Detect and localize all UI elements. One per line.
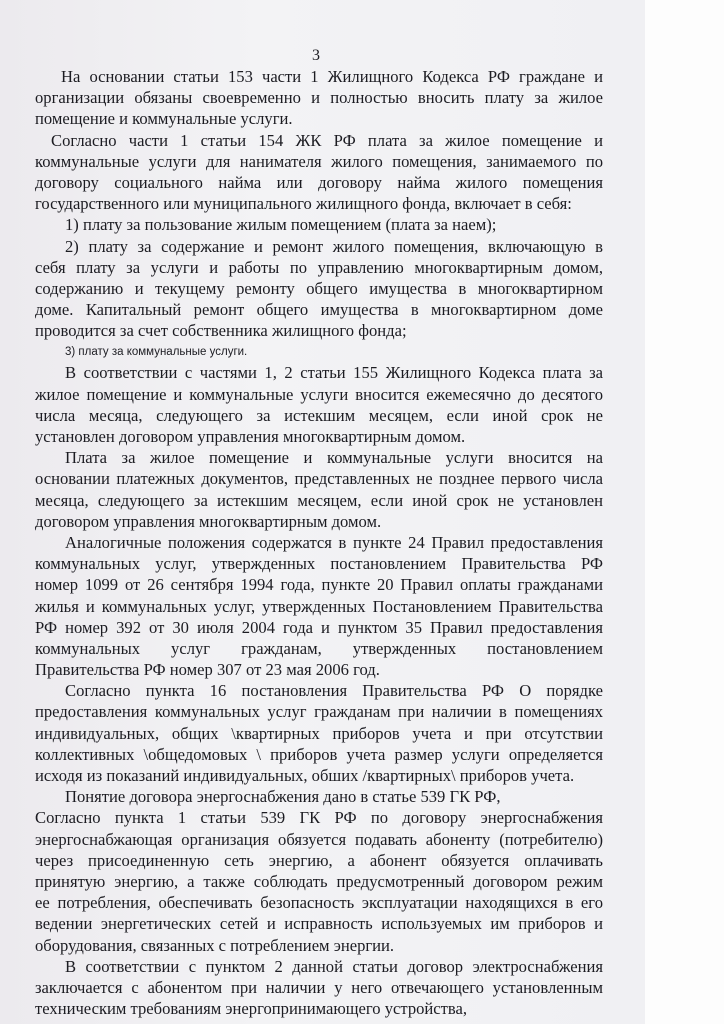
scanner-margin xyxy=(645,0,724,1024)
text-line: оборудования, связанных с потреблением э… xyxy=(35,935,603,956)
text-line: заключается с абонентом при наличии у не… xyxy=(35,977,603,998)
paragraph: Аналогичные положения содержатся в пункт… xyxy=(35,532,603,680)
paragraph: Согласно пункта 16 постановления Правите… xyxy=(35,680,603,786)
page-number: 3 xyxy=(312,47,320,65)
text-line: через присоединенную сеть энергию, а або… xyxy=(35,850,603,871)
paragraph: 2) плату за содержание и ремонт жилого п… xyxy=(35,236,603,342)
paragraph: В соответствии с частями 1, 2 статьи 155… xyxy=(35,362,603,447)
text-line: коммунальных услуг гражданам, утвержденн… xyxy=(35,638,603,659)
text-line: коммунальных услуг, утвержденных постано… xyxy=(35,553,603,574)
text-line: договором управления многоквартирным дом… xyxy=(35,511,603,532)
text-line: 3) плату за коммунальные услуги. xyxy=(35,341,603,362)
text-line: предоставления коммунальных услуг гражда… xyxy=(35,701,603,722)
paragraph: Согласно части 1 статьи 154 ЖК РФ плата … xyxy=(35,130,603,215)
text-line: На основании статьи 153 части 1 Жилищног… xyxy=(35,66,603,87)
text-line: 1) плату за пользование жилым помещением… xyxy=(35,214,603,235)
text-line: помещение и коммунальные услуги. xyxy=(35,108,603,129)
text-line: жилое помещение и коммунальные услуги вн… xyxy=(35,384,603,405)
text-line: организации обязаны своевременно и полно… xyxy=(35,87,603,108)
text-line: Правительства РФ номер 307 от 23 мая 200… xyxy=(35,659,603,680)
text-line: содержанию и текущему ремонту общего иму… xyxy=(35,278,603,299)
paragraph: 3) плату за коммунальные услуги. xyxy=(35,341,603,362)
text-line: Согласно части 1 статьи 154 ЖК РФ плата … xyxy=(35,130,603,151)
text-line: коммунальные услуги для нанимателя жилог… xyxy=(35,151,603,172)
text-line: установлен договором управления многоква… xyxy=(35,426,603,447)
paragraph: Согласно пункта 1 статьи 539 ГК РФ по до… xyxy=(35,807,603,955)
text-line: Плата за жилое помещение и коммунальные … xyxy=(35,447,603,468)
text-line: Согласно пункта 1 статьи 539 ГК РФ по до… xyxy=(35,807,603,828)
document-body: На основании статьи 153 части 1 Жилищног… xyxy=(35,66,603,1019)
text-line: доме. Капитальный ремонт общего имуществ… xyxy=(35,299,603,320)
text-line: проводится за счет собственника жилищног… xyxy=(35,320,603,341)
text-line: Согласно пункта 16 постановления Правите… xyxy=(35,680,603,701)
text-line: ведении энергетических сетей и исправнос… xyxy=(35,913,603,934)
text-line: государственного или муниципального жили… xyxy=(35,193,603,214)
paragraph: В соответствии с пунктом 2 данной статьи… xyxy=(35,956,603,1020)
text-line: индивидуальных, общих \квартирных прибор… xyxy=(35,723,603,744)
text-line: числа месяца, следующего за истекшим мес… xyxy=(35,405,603,426)
text-line: РФ номер 392 от 30 июля 2004 года и пунк… xyxy=(35,617,603,638)
text-line: техническим требованиям энергопринимающе… xyxy=(35,998,603,1019)
paragraph: Плата за жилое помещение и коммунальные … xyxy=(35,447,603,532)
text-line: Аналогичные положения содержатся в пункт… xyxy=(35,532,603,553)
text-line: исходя из показаний индивидуальных, обши… xyxy=(35,765,603,786)
text-line: договору социального найма или договору … xyxy=(35,172,603,193)
text-line: 2) плату за содержание и ремонт жилого п… xyxy=(35,236,603,257)
text-line: принятую энергию, а также соблюдать пред… xyxy=(35,871,603,892)
paragraph: Понятие договора энергоснабжения дано в … xyxy=(35,786,603,807)
text-line: себя плату за услуги и работы по управле… xyxy=(35,257,603,278)
text-line: основании платежных документов, представ… xyxy=(35,468,603,489)
text-line: жилья и коммунальных услуг, утвержденных… xyxy=(35,596,603,617)
text-line: ее потребления, обеспечивать безопасност… xyxy=(35,892,603,913)
text-line: энергоснабжающая организация обязуется п… xyxy=(35,829,603,850)
paragraph: На основании статьи 153 части 1 Жилищног… xyxy=(35,66,603,130)
text-line: номер 1099 от 26 сентября 1994 года, пун… xyxy=(35,574,603,595)
text-line: В соответствии с частями 1, 2 статьи 155… xyxy=(35,362,603,383)
text-line: В соответствии с пунктом 2 данной статьи… xyxy=(35,956,603,977)
paragraph: 1) плату за пользование жилым помещением… xyxy=(35,214,603,235)
text-line: коллективных \общедомовых \ приборов уче… xyxy=(35,744,603,765)
text-line: месяца, следующего за истекшим месяцем, … xyxy=(35,490,603,511)
text-line: Понятие договора энергоснабжения дано в … xyxy=(35,786,603,807)
